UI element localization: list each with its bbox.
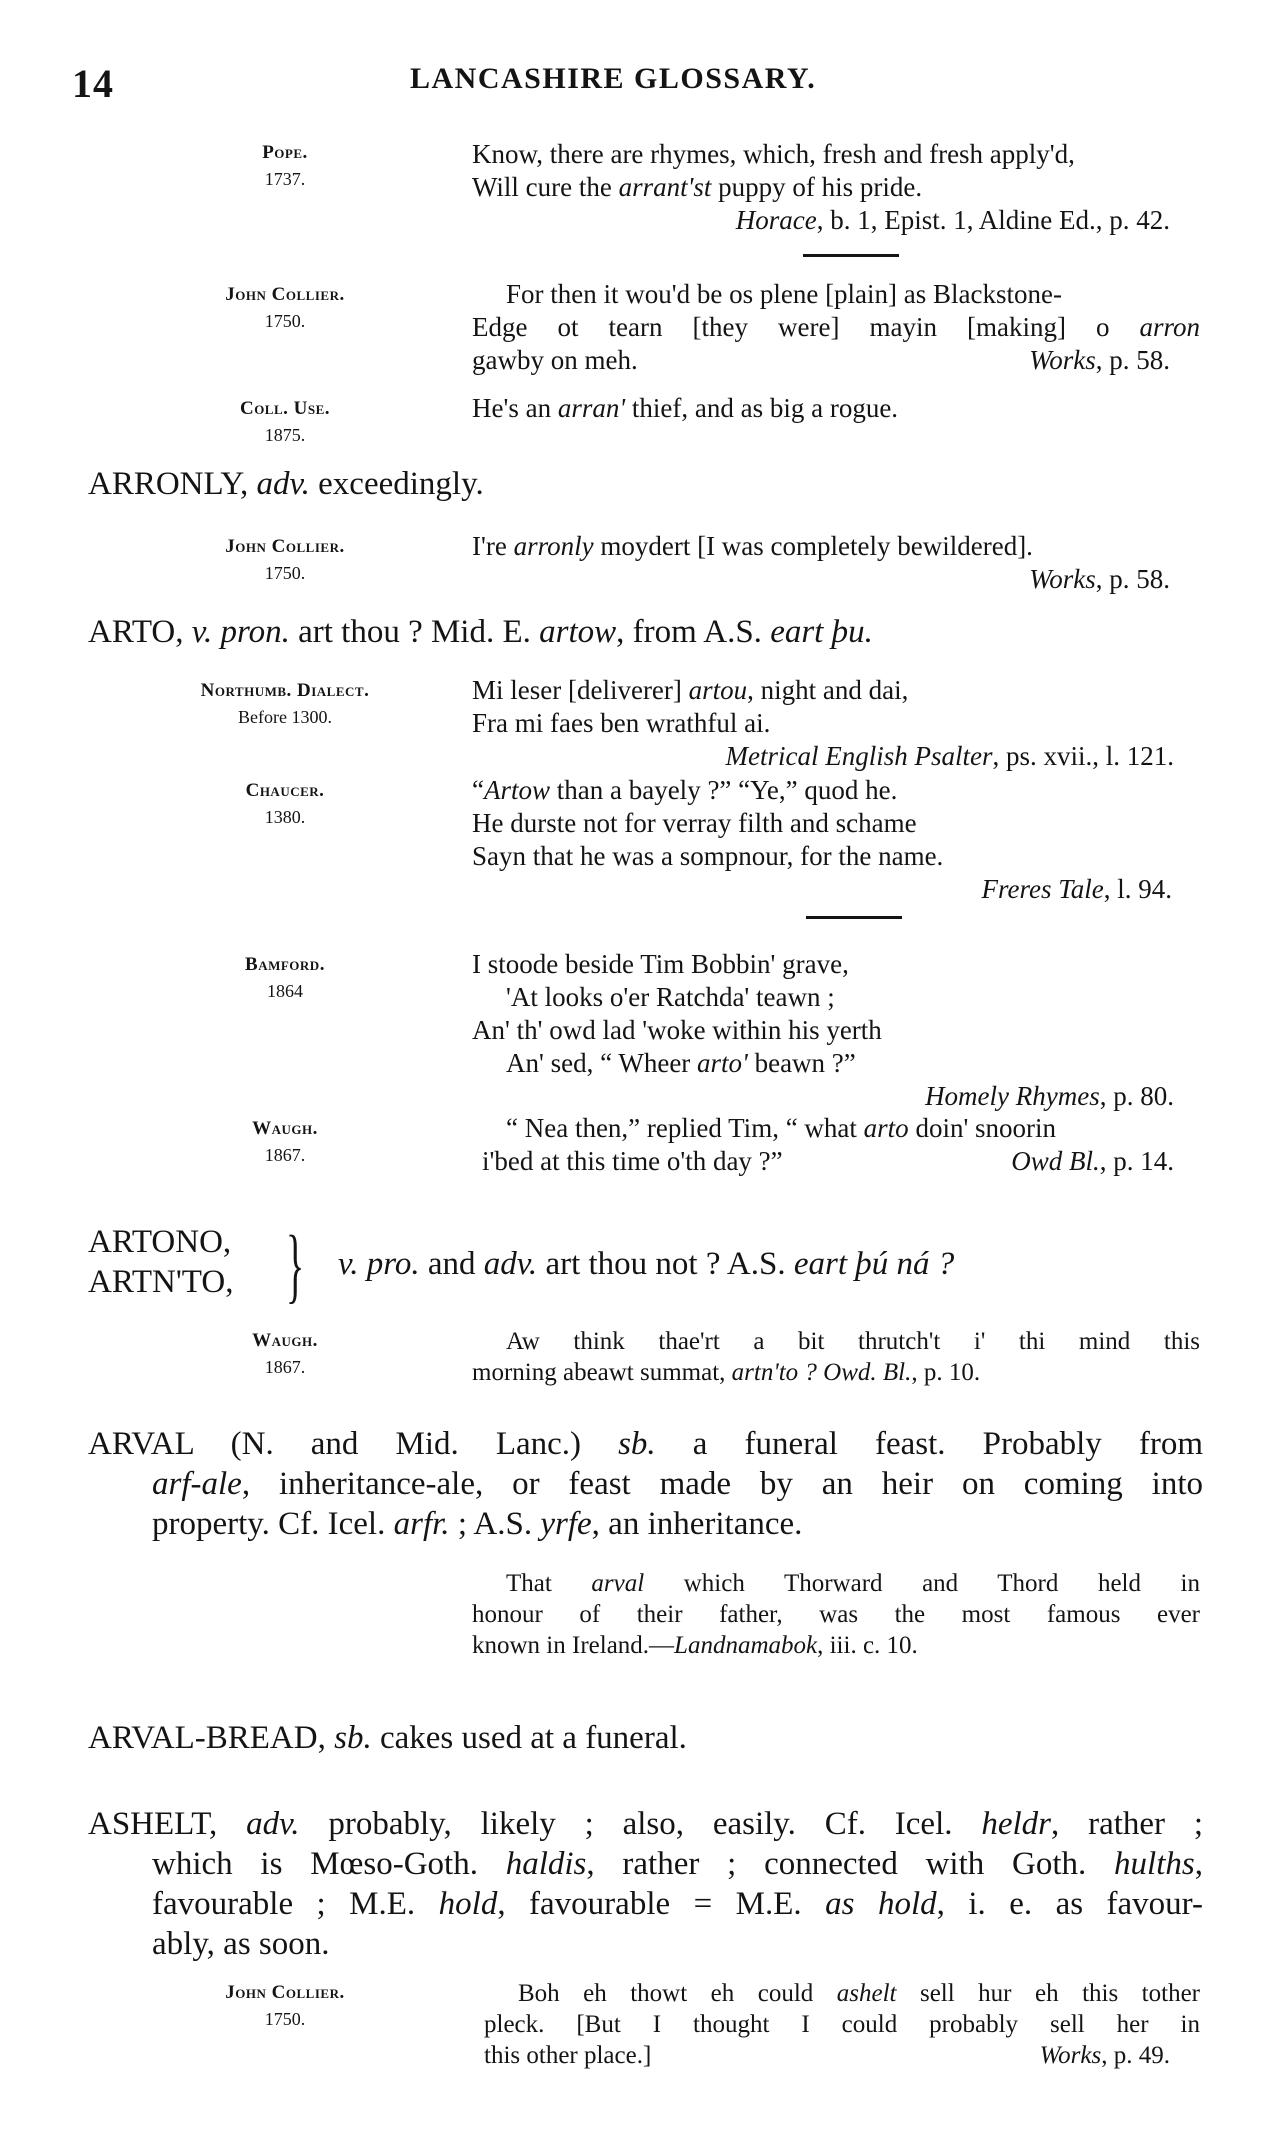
part-of-speech: sb. xyxy=(334,1720,372,1756)
citation-reference: Works, p. 58. xyxy=(1029,344,1170,377)
entry-arval: ARVAL (N. and Mid. Lanc.) sb. a funeral … xyxy=(88,1424,1203,1544)
italic-term: arto xyxy=(864,1113,909,1143)
citation-reference: Homely Rhymes, p. 80. xyxy=(472,1080,1200,1113)
italic-term: artn'to ? xyxy=(732,1359,817,1386)
quote-text: Aw think thae'rt a bit thrutch't i' thi … xyxy=(472,1326,1200,1388)
headword: ARTONO, xyxy=(88,1222,233,1262)
citation-reference: Owd. Bl. xyxy=(823,1359,911,1386)
italic-term: Artow xyxy=(484,775,550,805)
source-label: Northumb. Dialect. Before 1300. xyxy=(140,678,430,730)
quote-text: Know, there are rhymes, which, fresh and… xyxy=(472,138,1200,237)
brace-glyph: } xyxy=(286,1224,304,1308)
headword: ARTN'TO, xyxy=(88,1262,233,1302)
definition: cakes used at a funeral. xyxy=(372,1720,687,1756)
headword: ARVAL xyxy=(88,1426,194,1462)
italic-term: arto' xyxy=(697,1048,748,1078)
italic-term: arval xyxy=(591,1570,644,1597)
quote-text: That arval which Thorward and Thord held… xyxy=(472,1568,1200,1661)
headword: ARRONLY, xyxy=(88,466,248,502)
source-label: John Collier. 1750. xyxy=(140,1980,430,2032)
citation-reference: Works, p. 58. xyxy=(472,563,1200,596)
headword: ARTO, xyxy=(88,614,184,650)
source-label: Waugh. 1867. xyxy=(140,1328,430,1380)
source-label: John Collier. 1750. xyxy=(140,534,430,586)
definition: exceedingly. xyxy=(310,466,484,502)
entry-arronly: ARRONLY, adv. exceedingly. xyxy=(88,464,1203,504)
citation-reference: Metrical English Psalter, ps. xvii., l. … xyxy=(472,740,1200,773)
page-title: LANCASHIRE GLOSSARY. xyxy=(410,62,816,96)
quote-text: “Artow than a bayely ?” “Ye,” quod he. H… xyxy=(472,774,1200,906)
headword-group: ARTONO, ARTN'TO, xyxy=(88,1222,233,1302)
part-of-speech: v. pron. xyxy=(192,614,290,650)
italic-term: arrant'st xyxy=(619,172,712,202)
quote-text: I stoode beside Tim Bobbin' grave, 'At l… xyxy=(472,948,1200,1113)
part-of-speech: adv. xyxy=(246,1806,299,1842)
quote-text: “ Nea then,” replied Tim, “ what arto do… xyxy=(472,1112,1200,1178)
running-head: 14 LANCASHIRE GLOSSARY. xyxy=(0,56,1271,104)
citation-reference: Landnamabok xyxy=(674,1632,817,1659)
citation-reference: Horace, b. 1, Epist. 1, Aldine Ed., p. 4… xyxy=(472,204,1200,237)
entry-ashelt: ASHELT, adv. probably, likely ; also, ea… xyxy=(88,1804,1203,1964)
page-number: 14 xyxy=(72,60,114,107)
italic-term: arronly xyxy=(514,531,594,561)
part-of-speech: sb. xyxy=(618,1426,656,1462)
entry-arto: ARTO, v. pron. art thou ? Mid. E. artow,… xyxy=(88,612,1203,652)
source-label: Waugh. 1867. xyxy=(140,1116,430,1168)
definition: v. pro. and adv. art thou not ? A.S. ear… xyxy=(338,1244,954,1284)
source-label: Coll. Use. 1875. xyxy=(140,396,430,448)
part-of-speech: adv. xyxy=(256,466,309,502)
document-page: 14 LANCASHIRE GLOSSARY. Pope. 1737. Know… xyxy=(0,0,1271,2137)
section-divider xyxy=(806,916,902,919)
quote-text: Boh eh thowt eh could ashelt sell hur eh… xyxy=(484,1978,1200,2071)
italic-term: artou xyxy=(689,675,748,705)
citation-reference: Owd Bl., p. 14. xyxy=(1011,1145,1174,1178)
headword: ARVAL-BREAD, xyxy=(88,1720,326,1756)
italic-term: arron xyxy=(1139,312,1200,342)
citation-reference: Works, p. 49. xyxy=(1040,2040,1170,2071)
source-label: Chaucer. 1380. xyxy=(140,778,430,830)
entry-artono: ARTONO, ARTN'TO, } v. pro. and adv. art … xyxy=(88,1222,1188,1314)
section-divider xyxy=(803,254,899,257)
italic-term: arran' xyxy=(558,393,625,423)
quote-text: I're arronly moydert [I was completely b… xyxy=(472,530,1200,596)
citation-reference: Freres Tale, l. 94. xyxy=(472,873,1200,906)
source-label: Bamford. 1864 xyxy=(140,952,430,1004)
italic-term: ashelt xyxy=(837,1980,897,2007)
quote-text: He's an arran' thief, and as big a rogue… xyxy=(472,392,1200,425)
quote-text: For then it wou'd be os plene [plain] as… xyxy=(472,278,1200,377)
entry-arval-bread: ARVAL-BREAD, sb. cakes used at a funeral… xyxy=(88,1718,1203,1758)
quote-text: Mi leser [deliverer] artou, night and da… xyxy=(472,674,1200,773)
source-label: John Collier. 1750. xyxy=(140,282,430,334)
source-label: Pope. 1737. xyxy=(140,140,430,192)
headword: ASHELT, xyxy=(88,1806,217,1842)
